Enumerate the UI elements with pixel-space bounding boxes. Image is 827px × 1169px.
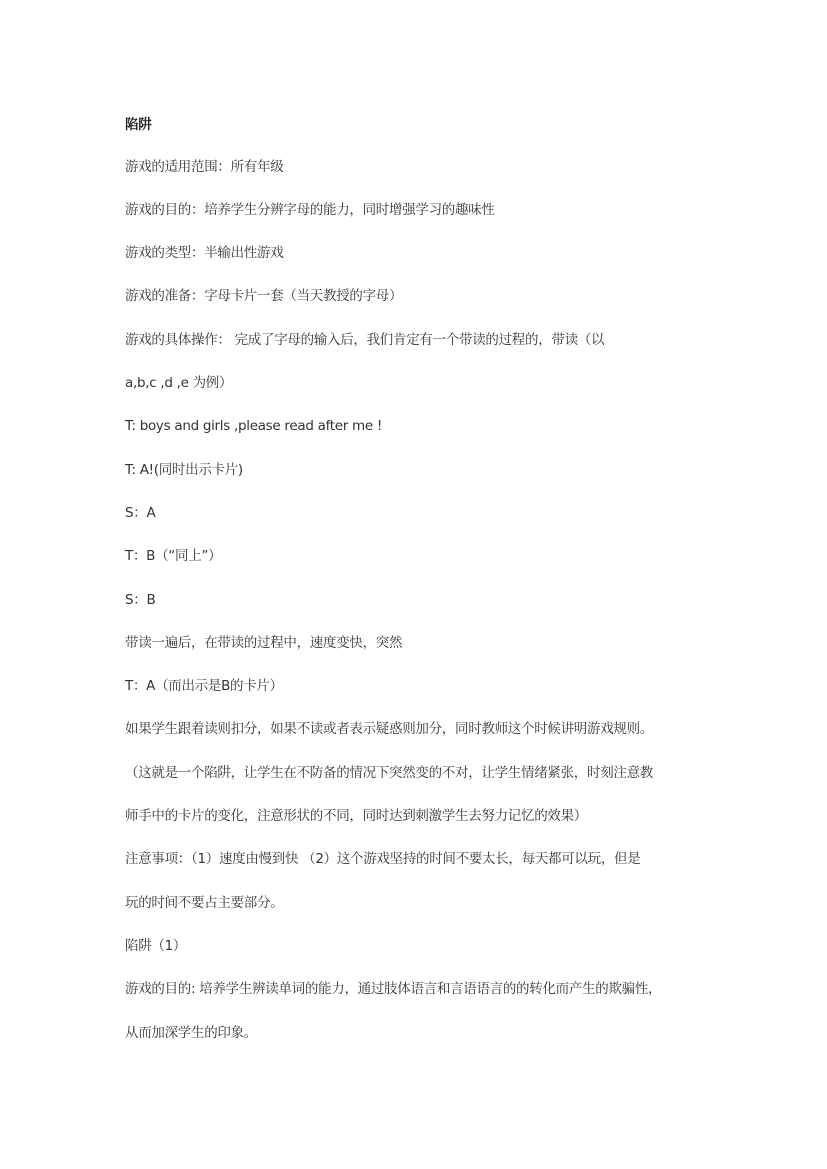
paragraph-purpose: 游戏的目的：培养学生分辨字母的能力，同时增强学习的趣味性 xyxy=(125,201,495,219)
paragraph-text: 带读一遍后，在带读的过程中，速度变快，突然 xyxy=(125,634,402,652)
dialogue-line: T: A!(同时出示卡片) xyxy=(125,461,243,479)
dialogue-line: T：A（而出示是B的卡片） xyxy=(125,677,283,695)
paragraph-operation-cont: a,b,c ,d ,e 为例） xyxy=(125,374,232,392)
paragraph-notes: 注意事项：（1）速度由慢到快 （2）这个游戏坚持的时间不要太长，每天都可以玩，但… xyxy=(125,850,640,868)
dialogue-line: S：A xyxy=(125,504,155,522)
paragraph-text: （这就是一个陷阱，让学生在不防备的情况下突然变的不对，让学生情绪紧张，时刻注意教 xyxy=(125,764,653,782)
paragraph-preparation: 游戏的准备：字母卡片一套（当天教授的字母） xyxy=(125,287,402,305)
paragraph-text: 师手中的卡片的变化，注意形状的不同，同时达到刺激学生去努力记忆的效果） xyxy=(125,807,587,825)
paragraph-text: 如果学生跟着读则扣分，如果不读或者表示疑惑则加分，同时教师这个时候讲明游戏规则。 xyxy=(125,720,653,738)
paragraph-notes-cont: 玩的时间不要占主要部分。 xyxy=(125,894,283,912)
dialogue-line: T: boys and girls ,please read after me … xyxy=(125,417,382,435)
paragraph-operation: 游戏的具体操作： 完成了字母的输入后，我们肯定有一个带读的过程的，带读（以 xyxy=(125,331,604,349)
dialogue-line: S：B xyxy=(125,591,155,609)
document-page: 陷阱 游戏的适用范围：所有年级 游戏的目的：培养学生分辨字母的能力，同时增强学习… xyxy=(0,0,827,1169)
dialogue-line: T：B（“同上”） xyxy=(125,547,221,565)
section-title: 陷阱 xyxy=(125,116,151,134)
paragraph-applicable-range: 游戏的适用范围：所有年级 xyxy=(125,158,283,176)
paragraph-type: 游戏的类型：半输出性游戏 xyxy=(125,244,283,262)
paragraph-purpose-2-cont: 从而加深学生的印象。 xyxy=(125,1024,257,1042)
paragraph-purpose-2: 游戏的目的: 培养学生辨读单词的能力，通过肢体语言和言语语言的的转化而产生的欺骗… xyxy=(125,980,661,998)
subsection-title: 陷阱（1） xyxy=(125,937,186,955)
